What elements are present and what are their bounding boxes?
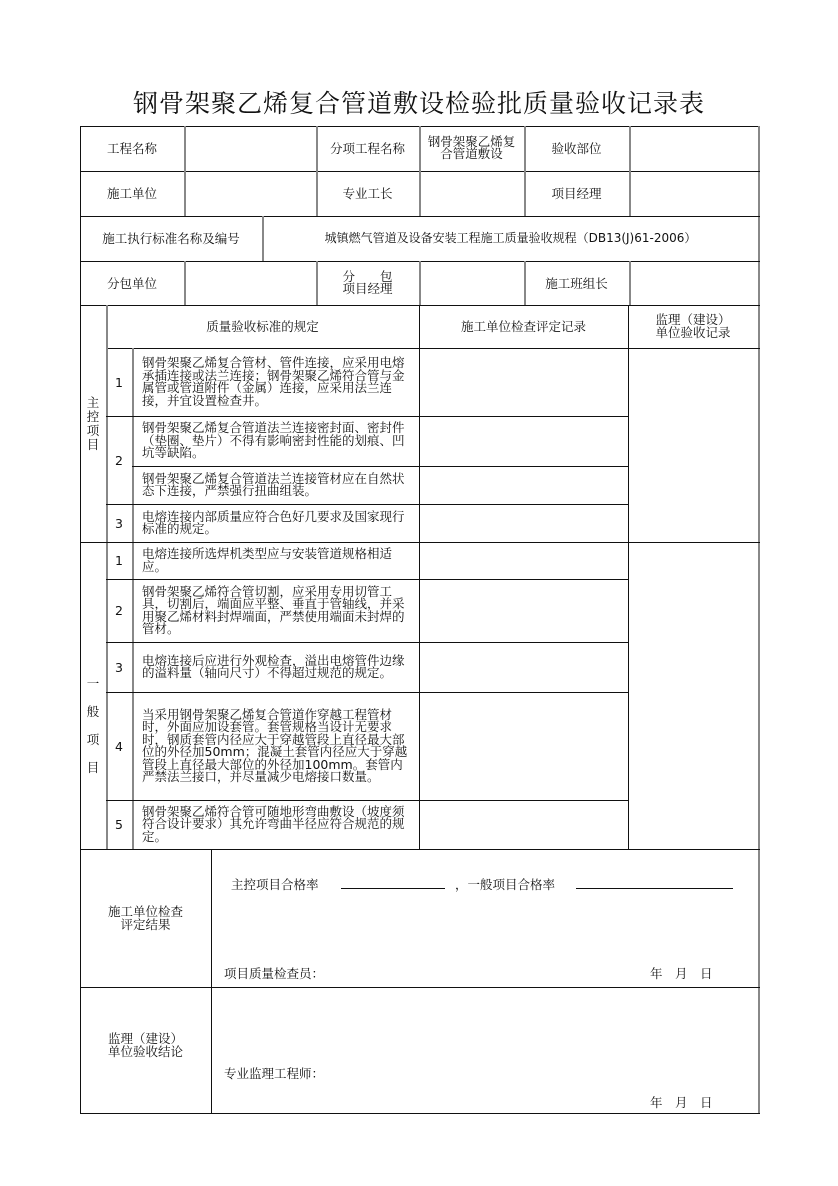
general-supervision-record[interactable] [629,542,758,849]
main-supervision-record[interactable] [629,348,758,542]
table-border-right [758,126,760,1114]
general-items-group-label: 一 般 项 目 [80,542,106,849]
general-item-text: 电熔连接所选焊机类型应与安装管道规格相适应。 [132,542,419,579]
general-item-record[interactable] [420,692,628,800]
col-header-construction-record: 施工单位检查评定记录 [419,305,628,348]
main-item-record[interactable] [420,348,628,416]
form-title: 钢骨架聚乙烯复合管道敷设检验批质量验收记录表 [0,84,838,120]
general-item-no: 3 [106,642,132,692]
main-item-no: 3 [106,504,132,542]
general-item-record[interactable] [420,579,628,642]
project-name-label: 工程名称 [80,126,184,171]
main-item-text: 钢骨架聚乙烯复合管道法兰连接密封面、密封件（垫圈、垫片）不得有影响密封性能的划痕… [132,416,419,466]
general-item-text: 电熔连接后应进行外观检查，溢出电熔管件边缘的溢料量（轴向尺寸）不得超过规范的规定… [132,642,419,692]
general-item-record[interactable] [420,542,628,579]
team-leader-field[interactable] [630,261,758,305]
main-item-text: 电熔连接内部质量应符合色好几要求及国家现行标准的规定。 [132,504,419,542]
inspector-label: 项目质量检查员： [224,964,324,982]
main-item-record[interactable] [420,416,628,466]
general-item-record[interactable] [420,800,628,849]
general-item-no: 5 [106,800,132,849]
main-item-record[interactable] [420,504,628,542]
team-leader-label: 施工班组长 [524,261,629,305]
sub-pm-field[interactable] [420,261,524,305]
main-rate-field[interactable] [341,888,445,889]
supervising-engineer-label: 专业监理工程师： [224,1064,324,1082]
standard-label: 施工执行标准名称及编号 [80,216,262,261]
col-header-supervision-line2: 单位验收记录 [655,327,730,340]
construction-result-label-line2: 评定结果 [120,918,170,931]
general-item-no: 4 [106,692,132,800]
project-name-field[interactable] [185,126,316,171]
main-rate-label: 主控项目合格率 [231,875,319,893]
project-manager-label: 项目经理 [524,171,629,216]
general-item-text: 当采用钢骨架聚乙烯复合管道作穿越工程管材时，外面应加设套管。套管规格当设计无要求… [132,692,419,800]
main-item-text: 钢骨架聚乙烯复合管材、管件连接，应采用电熔承插连接或法兰连接；钢骨架聚乙烯符合管… [132,348,419,416]
col-header-supervision-record: 监理（建设） 单位验收记录 [628,305,758,348]
project-manager-field[interactable] [630,171,758,216]
acceptance-part-label: 验收部位 [524,126,629,171]
main-item-no: 1 [106,348,132,416]
sub-pm-label-line2: 项目经理 [342,283,392,295]
standard-value: 城镇燃气管道及设备安装工程施工质量验收规程（DB13(J)61-2006） [263,216,758,261]
main-item-no: 2 [106,416,132,504]
col-header-standard: 质量验收标准的规定 [106,305,419,348]
supervision-result-label: 监理（建设） 单位验收结论 [80,987,211,1114]
sub-project-value-line2: 合管道敷设 [440,148,503,160]
main-item-record[interactable] [420,466,628,504]
general-item-no: 1 [106,542,132,579]
specialty-foreman-field[interactable] [420,171,524,216]
supervision-date-label: 年 月 日 [650,1093,713,1111]
general-rate-label: ，一般项目合格率 [455,875,555,893]
construction-result-label: 施工单位检查 评定结果 [80,849,211,987]
main-item-text: 钢骨架聚乙烯复合管道法兰连接管材应在自然状态下连接，严禁强行扭曲组装。 [132,466,419,504]
acceptance-part-field[interactable] [630,126,758,171]
specialty-foreman-label: 专业工长 [316,171,419,216]
construction-date-label: 年 月 日 [650,964,713,982]
sub-project-value: 钢骨架聚乙烯复 合管道敷设 [419,126,524,171]
subcontractor-field[interactable] [185,261,316,305]
general-item-text: 钢骨架聚乙烯符合管可随地形弯曲敷设（坡度须符合设计要求）其允许弯曲半径应符合规范… [132,800,419,849]
general-item-text: 钢骨架聚乙烯符合管切割，应采用专用切管工具，切割后，端面应平整、垂直于管轴线，并… [132,579,419,642]
col-line [211,849,212,1114]
sub-pm-label: 分 包 项目经理 [316,261,419,305]
subcontractor-label: 分包单位 [80,261,184,305]
construction-unit-field[interactable] [185,171,316,216]
sub-project-label: 分项工程名称 [316,126,419,171]
general-item-no: 2 [106,579,132,642]
supervision-result-label-line2: 单位验收结论 [108,1045,183,1058]
general-item-record[interactable] [420,642,628,692]
general-rate-field[interactable] [576,888,733,889]
supervision-result-label-line1: 监理（建设） [108,1032,183,1045]
main-items-group-label: 主 控 项 目 [80,305,106,542]
construction-unit-label: 施工单位 [80,171,184,216]
